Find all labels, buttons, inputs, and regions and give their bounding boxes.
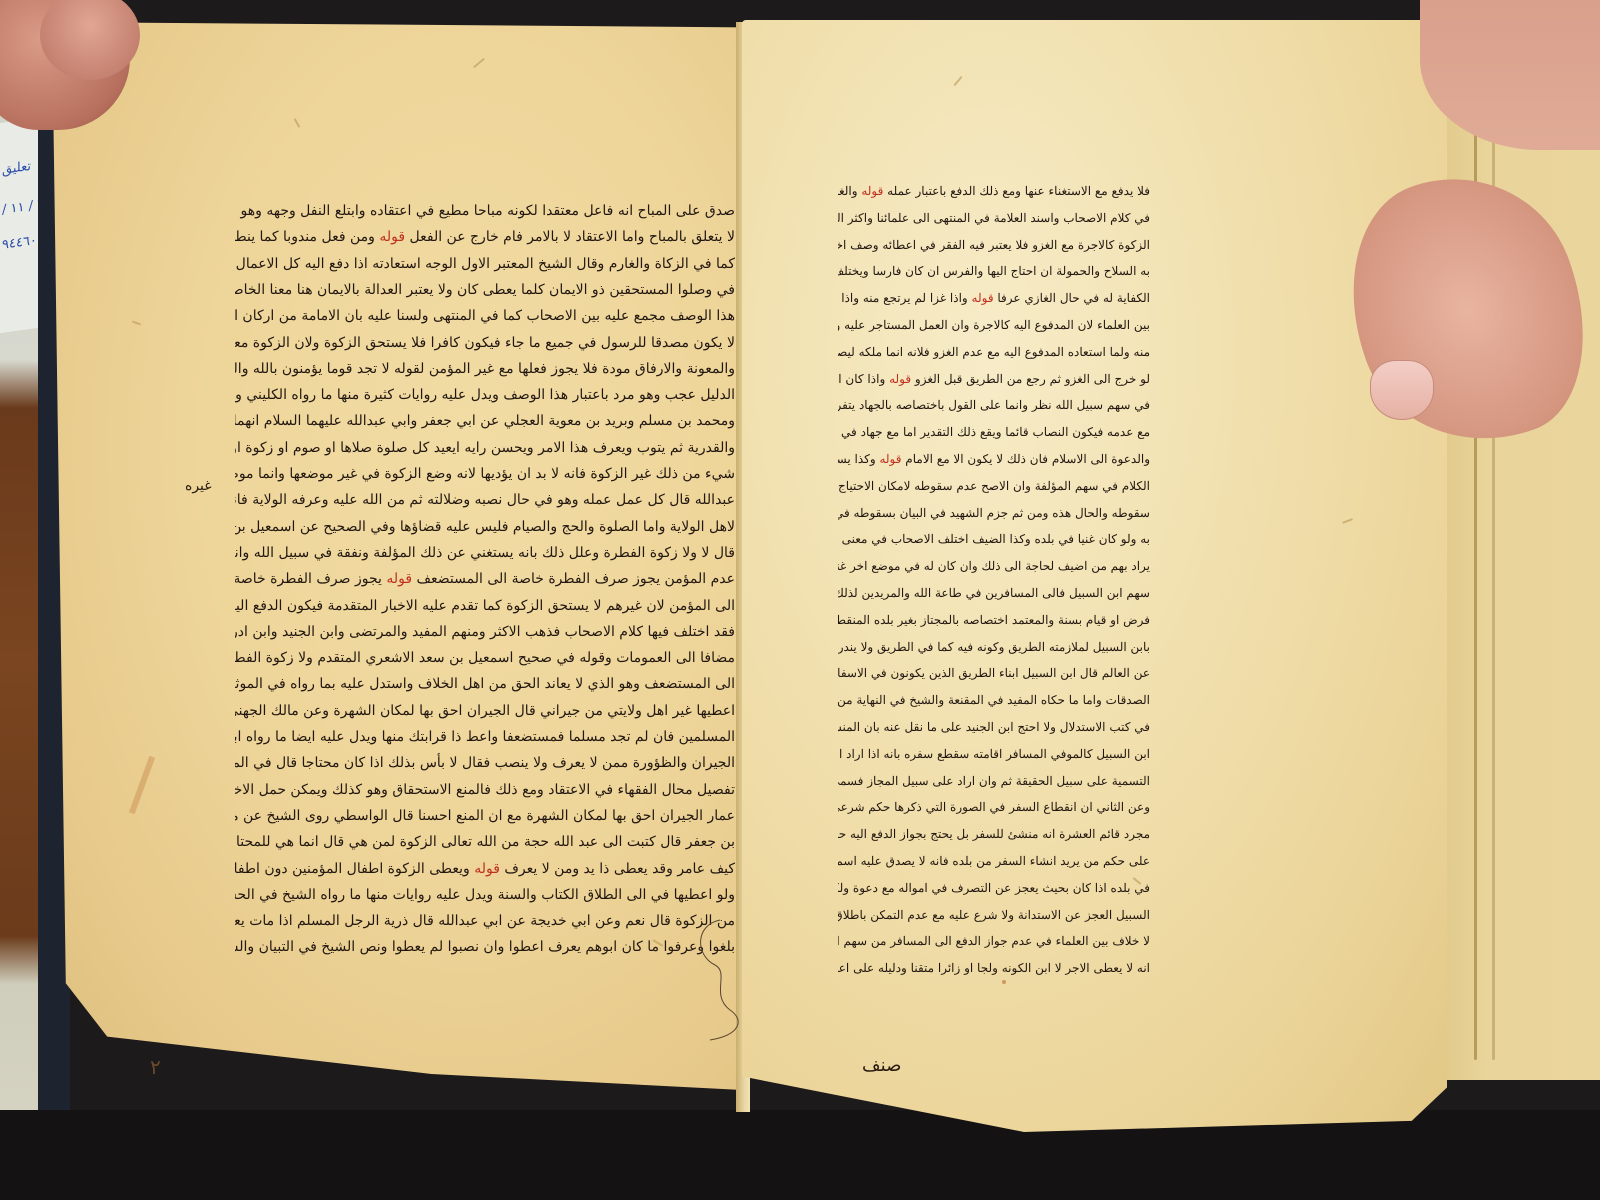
- manuscript-line: الكفاية له في حال الغازي عرفا قوله واذا …: [838, 287, 1150, 309]
- manuscript-line: في وصلوا المستحقين ذو الايمان كلما يعطى …: [235, 279, 735, 301]
- manuscript-line: اعطيها غير اهل ولايتي من جيراني قال الجي…: [235, 700, 735, 722]
- manuscript-line: فقد اختلف فيها كلام الاصحاب فذهب الاكثر …: [235, 621, 735, 643]
- manuscript-line: به ولو كان غنيا في بلده وكذا الضيف اختلف…: [838, 528, 1150, 550]
- manuscript-line: سقوطه والحال هذه ومن ثم جزم الشهيد في ال…: [838, 502, 1150, 524]
- manuscript-line: ولو اعطيها في الى الطلاق الكتاب والسنة و…: [235, 884, 735, 906]
- rubric-word: قوله: [858, 184, 884, 198]
- manuscript-line: الدليل عجب وهو مرد باعتبار هذا الوصف ويد…: [235, 384, 735, 406]
- left-margin-note: غيره: [185, 478, 212, 494]
- manuscript-line: تفصيل محال الفقهاء في الاعتقاد ومع ذلك ف…: [235, 779, 735, 801]
- manuscript-line: ومحمد بن مسلم وبريد بن معوية العجلي عن ا…: [235, 410, 735, 432]
- manuscript-line: بن جعفر قال كتبت الى عبد الله حجة من الل…: [235, 831, 735, 853]
- left-page-mark: ٢: [150, 1055, 161, 1079]
- rubric-word: قوله: [470, 861, 500, 877]
- manuscript-line: لا يتعلق بالمباح واما الاعتقاد لا بالامر…: [235, 226, 735, 248]
- manuscript-line: وعن الثاني ان انقطاع السفر في الصورة الت…: [838, 796, 1150, 818]
- manuscript-line: الصدقات واما ما حكاه المفيد في المقنعة و…: [838, 689, 1150, 711]
- manuscript-line: الجيران والظؤورة ممن لا يعرف ولا ينصب فق…: [235, 752, 735, 774]
- manuscript-line: والدعوة الى الاسلام فان ذلك لا يكون الا …: [838, 448, 1150, 470]
- thumbnail: [1370, 360, 1434, 420]
- rubric-word: قوله: [382, 571, 412, 587]
- manuscript-line: السبيل العجز عن الاستدانة ولا شرع عليه م…: [838, 904, 1150, 926]
- manuscript-line: الى المؤمن لان غيرهم لا يستحق الزكوة كما…: [235, 595, 735, 617]
- rubric-word: قوله: [968, 291, 994, 305]
- manuscript-line: مع عدمه فيكون النصاب قائما ويقع ذلك التق…: [838, 421, 1150, 443]
- manuscript-line: والمعونة والارفاق مودة فلا يجوز فعلها مع…: [235, 358, 735, 380]
- manuscript-line: في بلده اذا كان بحيث يعجز عن التصرف في ا…: [838, 877, 1150, 899]
- manuscript-line: الى المستضعف وهو الذي لا يعاند الحق من ا…: [235, 673, 735, 695]
- catchword: صنف: [862, 1055, 901, 1076]
- loose-thread: [690, 915, 750, 1045]
- manuscript-line: على حكم من يريد انشاء السفر من بلده فانه…: [838, 850, 1150, 872]
- manuscript-line: ابن السبيل كالموفي المسافر اقامته سقطع س…: [838, 743, 1150, 765]
- manuscript-line: المسلمين فان لم تجد مسلما فمستضعفا واعط …: [235, 726, 735, 748]
- manuscript-line: مجرد قائم العشرة انه منشئ للسفر بل يحتج …: [838, 823, 1150, 845]
- rubric-word: قوله: [885, 372, 911, 386]
- left-page-text-block: صدق على المباح انه فاعل معتقدا لكونه مبا…: [235, 200, 735, 970]
- manuscript-line: بابن السبيل لملازمته الطريق وكونه فيه كم…: [838, 636, 1150, 658]
- manuscript-line: كيف عامر وقد يعطى ذا يد ومن لا يعرف قوله…: [235, 858, 735, 880]
- manuscript-line: عدم المؤمن يجوز صرف الفطرة خاصة الى المس…: [235, 568, 735, 590]
- manuscript-line: من الزكوة قال نعم وعن ابي خديجة عن ابي ع…: [235, 910, 735, 932]
- manuscript-line: لا يكون مصدقا للرسول في جميع ما جاء فيكو…: [235, 332, 735, 354]
- rubric-word: قوله: [375, 229, 405, 245]
- manuscript-line: قال لا ولا زكوة الفطرة وعلل ذلك بانه يست…: [235, 542, 735, 564]
- manuscript-line: في كلام الاصحاب واسند العلامة في المنتهى…: [838, 207, 1150, 229]
- manuscript-line: فلا يدفع مع الاستغناء عنها ومع ذلك الدفع…: [838, 180, 1150, 202]
- manuscript-line: التسمية على سبيل الحقيقة ثم وان اراد على…: [838, 770, 1150, 792]
- manuscript-line: الكلام في سهم المؤلفة وان الاصح عدم سقوط…: [838, 475, 1150, 497]
- manuscript-line: سهم ابن السبيل فالى المسافرين في طاعة ال…: [838, 582, 1150, 604]
- manuscript-line: لا خلاف بين العلماء في عدم جواز الدفع ال…: [838, 930, 1150, 952]
- note-line: ٩٤٤٦٠: [2, 233, 37, 253]
- manuscript-line: صدق على المباح انه فاعل معتقدا لكونه مبا…: [235, 200, 735, 222]
- manuscript-line: منه ولما استعاده المدفوع اليه مع عدم الغ…: [838, 341, 1150, 363]
- manuscript-line: بين العلماء لان المدفوع اليه كالاجرة وان…: [838, 314, 1150, 336]
- manuscript-line: بلغوا وعرفوا ما كان ابوهم يعرف اعطوا وان…: [235, 936, 735, 958]
- manuscript-line: هذا الوصف مجمع عليه بين الاصحاب كما في ا…: [235, 305, 735, 327]
- manuscript-line: الزكوة كالاجرة مع الغزو فلا يعتبر فيه ال…: [838, 234, 1150, 256]
- manuscript-line: عبدالله قال كل عمل عمله وهو في حال نصبه …: [235, 489, 735, 511]
- manuscript-line: انه لا يعطى الاجر لا ابن الكونه ولجا او …: [838, 957, 1150, 979]
- manuscript-line: مضافا الى العمومات وقوله في صحيح اسمعيل …: [235, 647, 735, 669]
- manuscript-line: يراد بهم من اضيف لحاجة الى ذلك وان كان ل…: [838, 555, 1150, 577]
- manuscript-line: شيء من ذلك غير الزكوة فانه لا بد ان يؤدي…: [235, 463, 735, 485]
- table-shadow: [0, 1110, 1600, 1200]
- manuscript-line: لو خرج الى الغزو ثم رجع من الطريق قبل ال…: [838, 368, 1150, 390]
- manuscript-line: كما في الزكاة والغارم وقال الشيخ المعتبر…: [235, 253, 735, 275]
- note-line: تعليق: [2, 159, 31, 178]
- manuscript-line: فرض او قيام بسنة والمعتمد اختصاصه بالمجت…: [838, 609, 1150, 631]
- manuscript-line: في سهم سبيل الله نظر وانما على القول باخ…: [838, 394, 1150, 416]
- manuscript-line: في كتب الاستدلال ولا احتج ابن الجنيد على…: [838, 716, 1150, 738]
- manuscript-line: لاهل الولاية واما الصلوة والحج والصيام ف…: [235, 516, 735, 538]
- manuscript-line: عمار الجيران احق بها لمكان الشهرة مع ان …: [235, 805, 735, 827]
- manuscript-line: والقدرية ثم يتوب ويعرف هذا الامر ويحسن ر…: [235, 437, 735, 459]
- manuscript-line: به السلاح والحمولة ان احتاج اليها والفرس…: [838, 260, 1150, 282]
- rubric-word: قوله: [876, 452, 902, 466]
- manuscript-line: عن العالم قال ابن السبيل ابناء الطريق ال…: [838, 662, 1150, 684]
- right-page-text-block: فلا يدفع مع الاستغناء عنها ومع ذلك الدفع…: [838, 180, 1150, 1000]
